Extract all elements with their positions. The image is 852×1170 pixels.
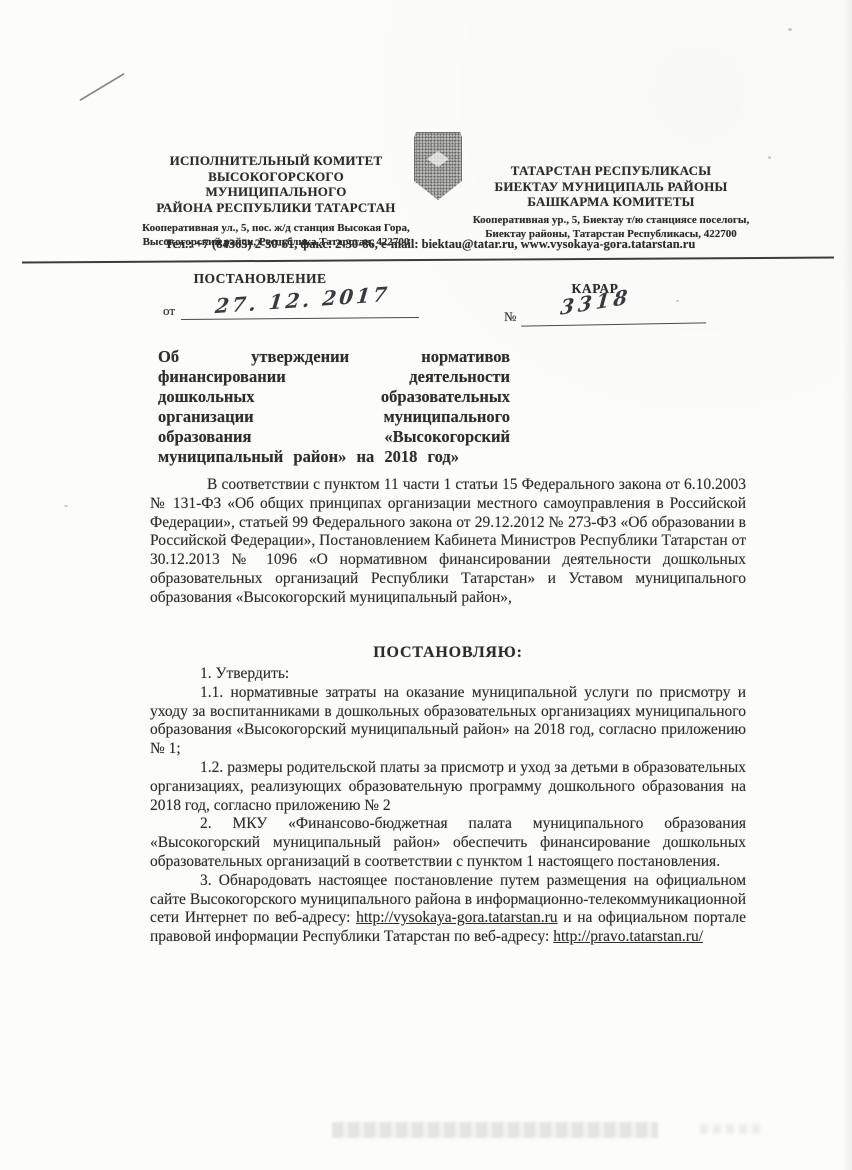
header-org-russian: ИСПОЛНИТЕЛЬНЫЙ КОМИТЕТ ВЫСОКОГОРСКОГО МУ… — [138, 153, 414, 249]
header-divider-rule — [22, 257, 834, 264]
header-org-tatar: ТАТАРСТАН РЕСПУБЛИКАСЫ БИЕКТАУ МУНИЦИПАЛ… — [468, 163, 754, 241]
org-name-line: РАЙОНА РЕСПУБЛИКИ ТАТАРСТАН — [138, 200, 414, 216]
document-title: Об утверждении нормативов финансировании… — [158, 347, 510, 467]
pen-stroke-mark — [79, 73, 125, 101]
resolution-item-3: 3. Обнародовать настоящее постановление … — [150, 872, 746, 947]
resolution-item-2: 2. МКУ «Финансово-бюджетная палата муниц… — [150, 815, 746, 871]
resolution-items: 1. Утвердить: 1.1. нормативные затраты н… — [150, 665, 746, 947]
coat-of-arms-icon — [414, 132, 462, 200]
resolution-item-1-2: 1.2. размеры родительской платы за присм… — [150, 759, 746, 815]
title-line: муниципальный район» на 2018 год» — [158, 447, 510, 467]
doc-type-russian: ПОСТАНОВЛЕНИЕ — [170, 271, 350, 287]
date-label: от — [163, 303, 175, 319]
scanned-document-page: ИСПОЛНИТЕЛЬНЫЙ КОМИТЕТ ВЫСОКОГОРСКОГО МУ… — [0, 0, 852, 1170]
scan-artifact-smudge — [700, 1124, 760, 1134]
title-line: финансировании деятельности — [158, 367, 510, 387]
scan-speck — [64, 505, 68, 507]
scan-artifact-smudge — [332, 1122, 658, 1138]
title-line: организации муниципального — [158, 407, 510, 427]
org-name-line: ВЫСОКОГОРСКОГО МУНИЦИПАЛЬНОГО — [138, 169, 414, 200]
org-name-line: ИСПОЛНИТЕЛЬНЫЙ КОМИТЕТ — [138, 153, 414, 169]
resolution-item-1-1: 1.1. нормативные затраты на оказание мун… — [150, 684, 746, 759]
vysokaya-gora-url: http://vysokaya-gora.tatarstan.ru — [356, 909, 557, 926]
title-line: Об утверждении нормативов — [158, 347, 510, 367]
org-address-line: Кооперативная ул., 5, пос. ж/д станция В… — [138, 221, 414, 235]
scan-speck — [768, 156, 771, 159]
resolution-heading: ПОСТАНОВЛЯЮ: — [150, 644, 746, 662]
org-address-line: Кооперативная ур., 5, Биектау т/ю станци… — [468, 213, 754, 227]
preamble-paragraph: В соответствии с пунктом 11 части 1 стат… — [150, 476, 746, 608]
scan-speck — [788, 28, 792, 31]
scan-speck — [676, 300, 679, 302]
coat-of-arms-diamond — [427, 151, 449, 167]
title-line: дошкольных образовательных — [158, 387, 510, 407]
number-label: № — [504, 309, 516, 325]
org-name-line: БИЕКТАУ МУНИЦИПАЛЬ РАЙОНЫ — [468, 179, 754, 195]
pravo-tatarstan-url: http://pravo.tatarstan.ru/ — [553, 928, 703, 945]
preamble-section: В соответствии с пунктом 11 части 1 стат… — [150, 476, 746, 608]
title-line: образования «Высокогорский — [158, 427, 510, 447]
org-name-line: ТАТАРСТАН РЕСПУБЛИКАСЫ — [468, 163, 754, 179]
resolution-item-1: 1. Утвердить: — [150, 665, 746, 684]
contact-info-line: Тел.: +7 (84365) 2-30-61, факс: 2-30-86,… — [120, 237, 740, 252]
org-name-line: БАШКАРМА КОМИТЕТЫ — [468, 194, 754, 210]
